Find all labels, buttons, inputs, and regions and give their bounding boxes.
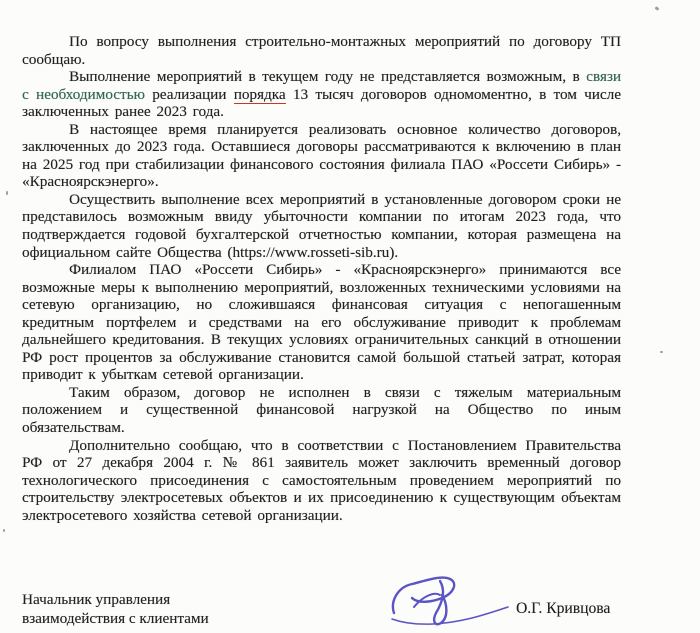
scanned-letter-page: По вопросу выполнения строительно-монтаж… [0, 0, 700, 633]
p2-segment-2: реализации [145, 86, 234, 103]
paragraph-additional-info: Дополнительно сообщаю, что в соответстви… [22, 437, 621, 525]
signer-position-line2: взаимодействия с клиентами [22, 610, 209, 629]
p2-segment-1: Выполнение мероприятий в текущем году не… [69, 68, 586, 85]
scan-speck [660, 351, 663, 353]
paragraph-intro: По вопросу выполнения строительно-монтаж… [22, 33, 621, 68]
p2-red-underlined-word: порядка [234, 86, 286, 105]
signer-name: О.Г. Кривцова [516, 600, 610, 618]
paragraph-unprofitability: Осуществить выполнение всех мероприятий … [22, 191, 621, 261]
paragraph-plan-2025: В настоящее время планируется реализоват… [22, 121, 621, 191]
paragraph-conclusion: Таким образом, договор не исполнен в свя… [22, 384, 621, 437]
signer-position-line1: Начальник управления [22, 591, 209, 610]
scan-speck [3, 529, 5, 532]
handwritten-signature-ink [384, 571, 516, 633]
scan-speck [655, 6, 660, 11]
letter-body: По вопросу выполнения строительно-монтаж… [22, 33, 621, 524]
signer-position: Начальник управления взаимодействия с кл… [22, 591, 209, 628]
paragraph-measures: Филиалом ПАО «Россети Сибирь» - «Красноя… [22, 261, 621, 384]
scan-speck [6, 191, 8, 195]
paragraph-current-year: Выполнение мероприятий в текущем году не… [22, 68, 621, 121]
